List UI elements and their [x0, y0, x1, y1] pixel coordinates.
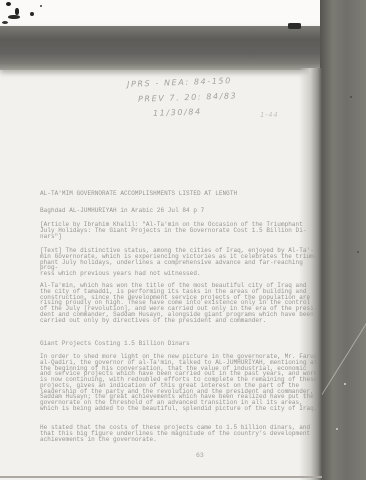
- scan-speck: [336, 428, 338, 430]
- article-headline: AL-TA'MIM GOVERNORATE ACCOMPLISHMENTS LI…: [40, 191, 320, 197]
- right-gutter-band: [320, 0, 366, 480]
- section-heading: Giant Projects Costing 1.5 Billion Dinar…: [40, 341, 320, 347]
- byline-paragraph: [Article by Ibrahim Khalil: "Al-Ta'min o…: [40, 222, 320, 239]
- ink-speck: [40, 5, 42, 7]
- scan-speck: [344, 383, 346, 385]
- body-paragraph-1: [Text] The distinctive status, among the…: [40, 248, 320, 277]
- body-paragraph-4: He stated that the costs of these projec…: [40, 425, 320, 442]
- scan-speck: [357, 251, 359, 253]
- ink-speck: [8, 15, 20, 19]
- ink-speck: [288, 23, 301, 29]
- ink-speck: [6, 2, 11, 6]
- source-line: Baghdad AL-JUMHURIYAH in Arabic 26 Jul 8…: [40, 208, 320, 214]
- scan-speck: [350, 96, 352, 98]
- ink-speck: [2, 21, 8, 24]
- body-paragraph-2: Al-Ta'min, which has won the title of th…: [40, 283, 320, 323]
- ink-speck: [30, 12, 34, 16]
- body-paragraph-3: In order to shed more light on the new p…: [40, 354, 320, 412]
- scanned-document-page: JPRS - NEA: 84-150 PREV 7. 20: 84/83 11/…: [0, 0, 366, 480]
- handwritten-report-number: JPRS - NEA: 84-150: [127, 76, 232, 89]
- ink-speck: [15, 8, 19, 15]
- scan-streak: [317, 275, 366, 403]
- handwritten-date: 11/30/84: [153, 107, 202, 118]
- horizontal-shadow-band: [0, 26, 366, 70]
- handwritten-faint-mark: 1-44: [260, 111, 278, 119]
- top-page-strip: [0, 0, 321, 27]
- bottom-scan-line: [0, 476, 322, 478]
- handwritten-reference: PREV 7. 20: 84/83: [138, 91, 238, 103]
- page-number: 63: [196, 452, 204, 459]
